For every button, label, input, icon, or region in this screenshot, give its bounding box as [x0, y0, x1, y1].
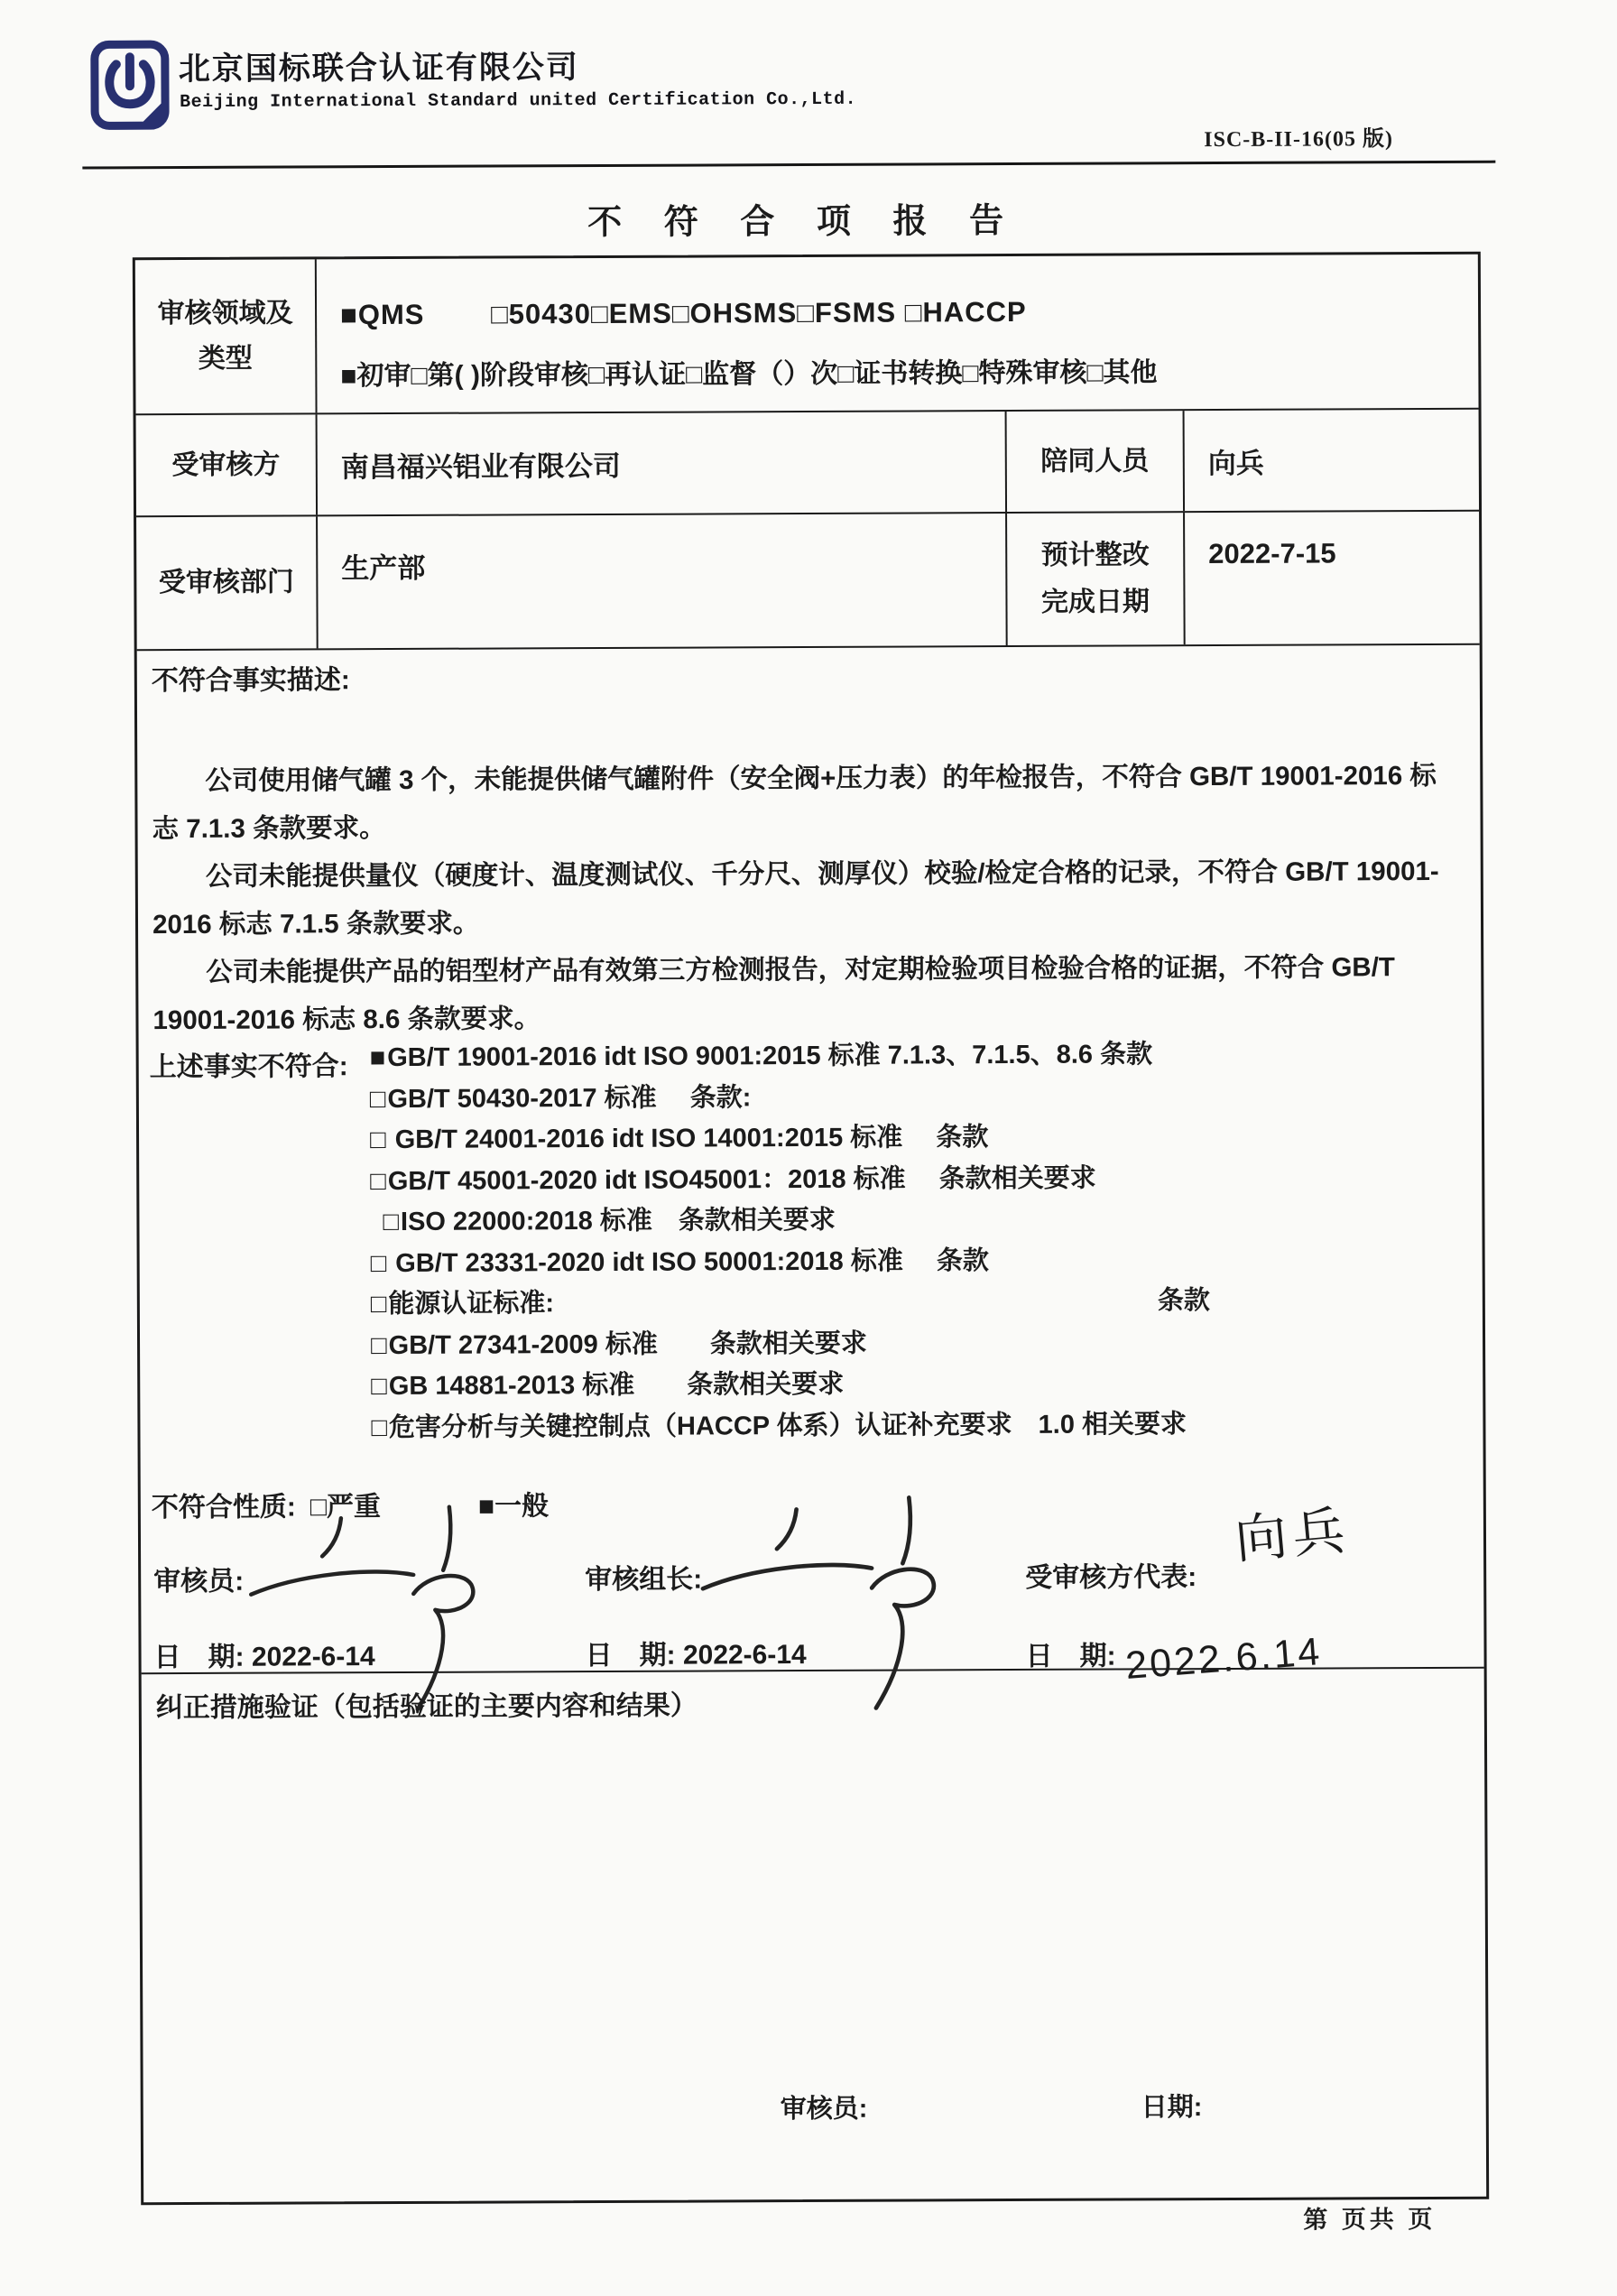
auditee-label: 受审核方 — [136, 414, 318, 515]
audit-scope-label: 审核领域及 类型 — [135, 259, 318, 413]
company-name-en: Beijing International Standard united Ce… — [180, 89, 856, 113]
corrective-date-label: 日期: — [1141, 2087, 1203, 2124]
standard-item: □GB 14881-2013 标准 条款相关要求 — [371, 1362, 1454, 1408]
corrective-row: 纠正措施验证（包括验证的主要内容和结果） 审核员: 日期: — [142, 1669, 1487, 2198]
standards-block: 上述事实不符合: ■GB/T 19001-2016 idt ISO 9001:2… — [150, 1033, 1455, 1449]
standard-item-text: GB/T 24001-2016 idt ISO 14001:2015 标准 条款 — [388, 1123, 989, 1154]
checkbox-empty-icon: □ — [371, 1372, 387, 1401]
standard-item-right: 条款 — [1158, 1281, 1210, 1322]
standard-item-text: GB/T 27341-2009 标准 条款相关要求 — [389, 1329, 867, 1359]
findings-cell: 不符合事实描述: 公司使用储气罐 3 个，未能提供储气罐附件（安全阀+压力表）的… — [137, 645, 1484, 1672]
auditee-row: 受审核方 南昌福兴铝业有限公司 陪同人员 向兵 — [136, 410, 1479, 517]
certification-logo-icon — [88, 39, 171, 131]
department-label: 受审核部门 — [136, 516, 319, 649]
standard-item: □GB/T 27341-2009 标准 条款相关要求 — [371, 1320, 1454, 1366]
representative-signature: 向兵 — [1231, 1487, 1353, 1573]
standard-item: □GB/T 50430-2017 标准 条款: — [370, 1074, 1453, 1120]
corrective-auditor-label: 审核员: — [781, 2088, 868, 2125]
team-leader-date: 日 期: 2022-6-14 — [585, 1632, 806, 1672]
standard-item: □ISO 22000:2018 标准 条款相关要求 — [370, 1198, 1453, 1244]
scanned-nonconformity-report: 北京国标联合认证有限公司 Beijing International Stand… — [0, 0, 1617, 2296]
checkbox-empty-icon: □ — [371, 1290, 387, 1319]
audit-scope-label-line1: 审核领域及 — [157, 297, 292, 330]
standard-item-text: GB/T 23331-2020 idt ISO 50001:2018 标准 条款 — [388, 1246, 989, 1278]
checkbox-empty-icon: □ — [383, 1208, 399, 1236]
standard-item: □能源认证标准:条款 — [371, 1280, 1454, 1326]
department-row: 受审核部门 生产部 预计整改 完成日期 2022-7-15 — [136, 512, 1480, 651]
deadline-value: 2022-7-15 — [1185, 512, 1480, 644]
report-title: 不 符 合 项 报 告 — [133, 190, 1475, 245]
standard-item-text: GB/T 19001-2016 idt ISO 9001:2015 标准 7.1… — [387, 1040, 1152, 1072]
standards-list: ■GB/T 19001-2016 idt ISO 9001:2015 标准 7.… — [370, 1033, 1455, 1449]
audit-scope-label-line2: 类型 — [199, 343, 253, 375]
standards-label: 上述事实不符合: — [150, 1038, 372, 1449]
checkbox-empty-icon: □ — [370, 1125, 386, 1154]
date-label: 日 期: — [153, 1643, 244, 1672]
page-number-footer: 第 页共 页 — [1303, 2199, 1436, 2236]
document-code: ISC-B-II-16(05 版) — [1204, 120, 1393, 153]
findings-row: 不符合事实描述: 公司使用储气罐 3 个，未能提供储气罐附件（安全阀+压力表）的… — [137, 645, 1484, 1674]
company-name-cn: 北京国标联合认证有限公司 — [179, 42, 579, 89]
standard-item-text: ISO 22000:2018 标准 条款相关要求 — [401, 1206, 836, 1236]
escort-value: 向兵 — [1185, 410, 1479, 511]
checkbox-empty-icon: □ — [370, 1085, 386, 1114]
corrective-cell: 纠正措施验证（包括验证的主要内容和结果） 审核员: 日期: — [142, 1669, 1487, 2198]
auditee-value: 南昌福兴铝业有限公司 — [318, 412, 1007, 514]
team-leader-label: 审核组长: — [585, 1557, 702, 1597]
deadline-label: 预计整改 完成日期 — [1007, 513, 1186, 645]
checkbox-empty-icon: □ — [371, 1413, 387, 1442]
standard-item-text: GB 14881-2013 标准 条款相关要求 — [389, 1370, 845, 1401]
audit-scope-value: ■QMS □50430□EMS□OHSMS□FSMS □HACCP ■初审□第(… — [317, 255, 1479, 413]
team-leader-date-value: 2022-6-14 — [683, 1640, 807, 1671]
representative-date: 日 期:2022.6.14 — [1025, 1630, 1322, 1675]
standard-item: □GB/T 45001-2020 idt ISO45001：2018 标准 条款… — [370, 1156, 1453, 1202]
audit-type-checkboxes: ■初审□第( )阶段审核□再认证□监督（）次□证书转换□特殊审核□其他 — [340, 349, 1157, 393]
findings-paragraphs: 公司使用储气罐 3 个，未能提供储气罐附件（安全阀+压力表）的年检报告，不符合 … — [152, 752, 1455, 1044]
findings-heading: 不符合事实描述: — [152, 657, 350, 698]
checkbox-checked-icon: ■ — [370, 1043, 386, 1072]
checkbox-empty-icon: □ — [371, 1249, 387, 1278]
representative-label: 受审核方代表: — [1025, 1554, 1197, 1595]
finding-paragraph: 公司未能提供产品的铝型材产品有效第三方检测报告，对定期检验项目检验合格的证据，不… — [152, 943, 1455, 1044]
standard-item: □ GB/T 24001-2016 idt ISO 14001:2015 标准 … — [370, 1116, 1453, 1162]
audit-systems-checkboxes: ■QMS □50430□EMS□OHSMS□FSMS □HACCP — [340, 289, 1027, 332]
auditor-date: 日 期: 2022-6-14 — [153, 1634, 374, 1674]
auditor-label: 审核员: — [153, 1559, 244, 1598]
report-table: 审核领域及 类型 ■QMS □50430□EMS□OHSMS□FSMS □HAC… — [133, 252, 1489, 2205]
auditor-date-value: 2022-6-14 — [252, 1642, 375, 1672]
scan-content: 北京国标联合认证有限公司 Beijing International Stand… — [0, 0, 1617, 2296]
audit-scope-row: 审核领域及 类型 ■QMS □50430□EMS□OHSMS□FSMS □HAC… — [135, 255, 1479, 415]
finding-paragraph: 公司未能提供量仪（硬度计、温度测试仪、千分尺、测厚仪）校验/检定合格的记录，不符… — [152, 847, 1455, 949]
header-divider — [82, 161, 1495, 170]
finding-paragraph: 公司使用储气罐 3 个，未能提供储气罐附件（安全阀+压力表）的年检报告，不符合 … — [152, 752, 1455, 853]
standard-item-text: 能源认证标准: — [388, 1289, 554, 1319]
standard-item-text: GB/T 50430-2017 标准 条款: — [387, 1083, 751, 1114]
checkbox-empty-icon: □ — [370, 1167, 386, 1196]
standard-item: □危害分析与关键控制点（HACCP 体系）认证补充要求 1.0 相关要求 — [371, 1403, 1454, 1449]
escort-label: 陪同人员 — [1007, 411, 1185, 512]
deadline-label-line2: 完成日期 — [1041, 586, 1150, 619]
standard-item: □ GB/T 23331-2020 idt ISO 50001:2018 标准 … — [371, 1238, 1454, 1284]
department-value: 生产部 — [318, 514, 1008, 648]
standard-item: ■GB/T 19001-2016 idt ISO 9001:2015 标准 7.… — [370, 1033, 1453, 1079]
standard-item-text: GB/T 45001-2020 idt ISO45001：2018 标准 条款相… — [388, 1163, 1096, 1195]
checkbox-empty-icon: □ — [371, 1331, 387, 1360]
corrective-heading: 纠正措施验证（包括验证的主要内容和结果） — [156, 1683, 698, 1726]
standard-item-text: 危害分析与关键控制点（HACCP 体系）认证补充要求 1.0 相关要求 — [389, 1410, 1187, 1442]
deadline-label-line1: 预计整改 — [1041, 540, 1150, 573]
date-label: 日 期: — [585, 1641, 675, 1671]
date-label: 日 期: — [1025, 1642, 1115, 1671]
